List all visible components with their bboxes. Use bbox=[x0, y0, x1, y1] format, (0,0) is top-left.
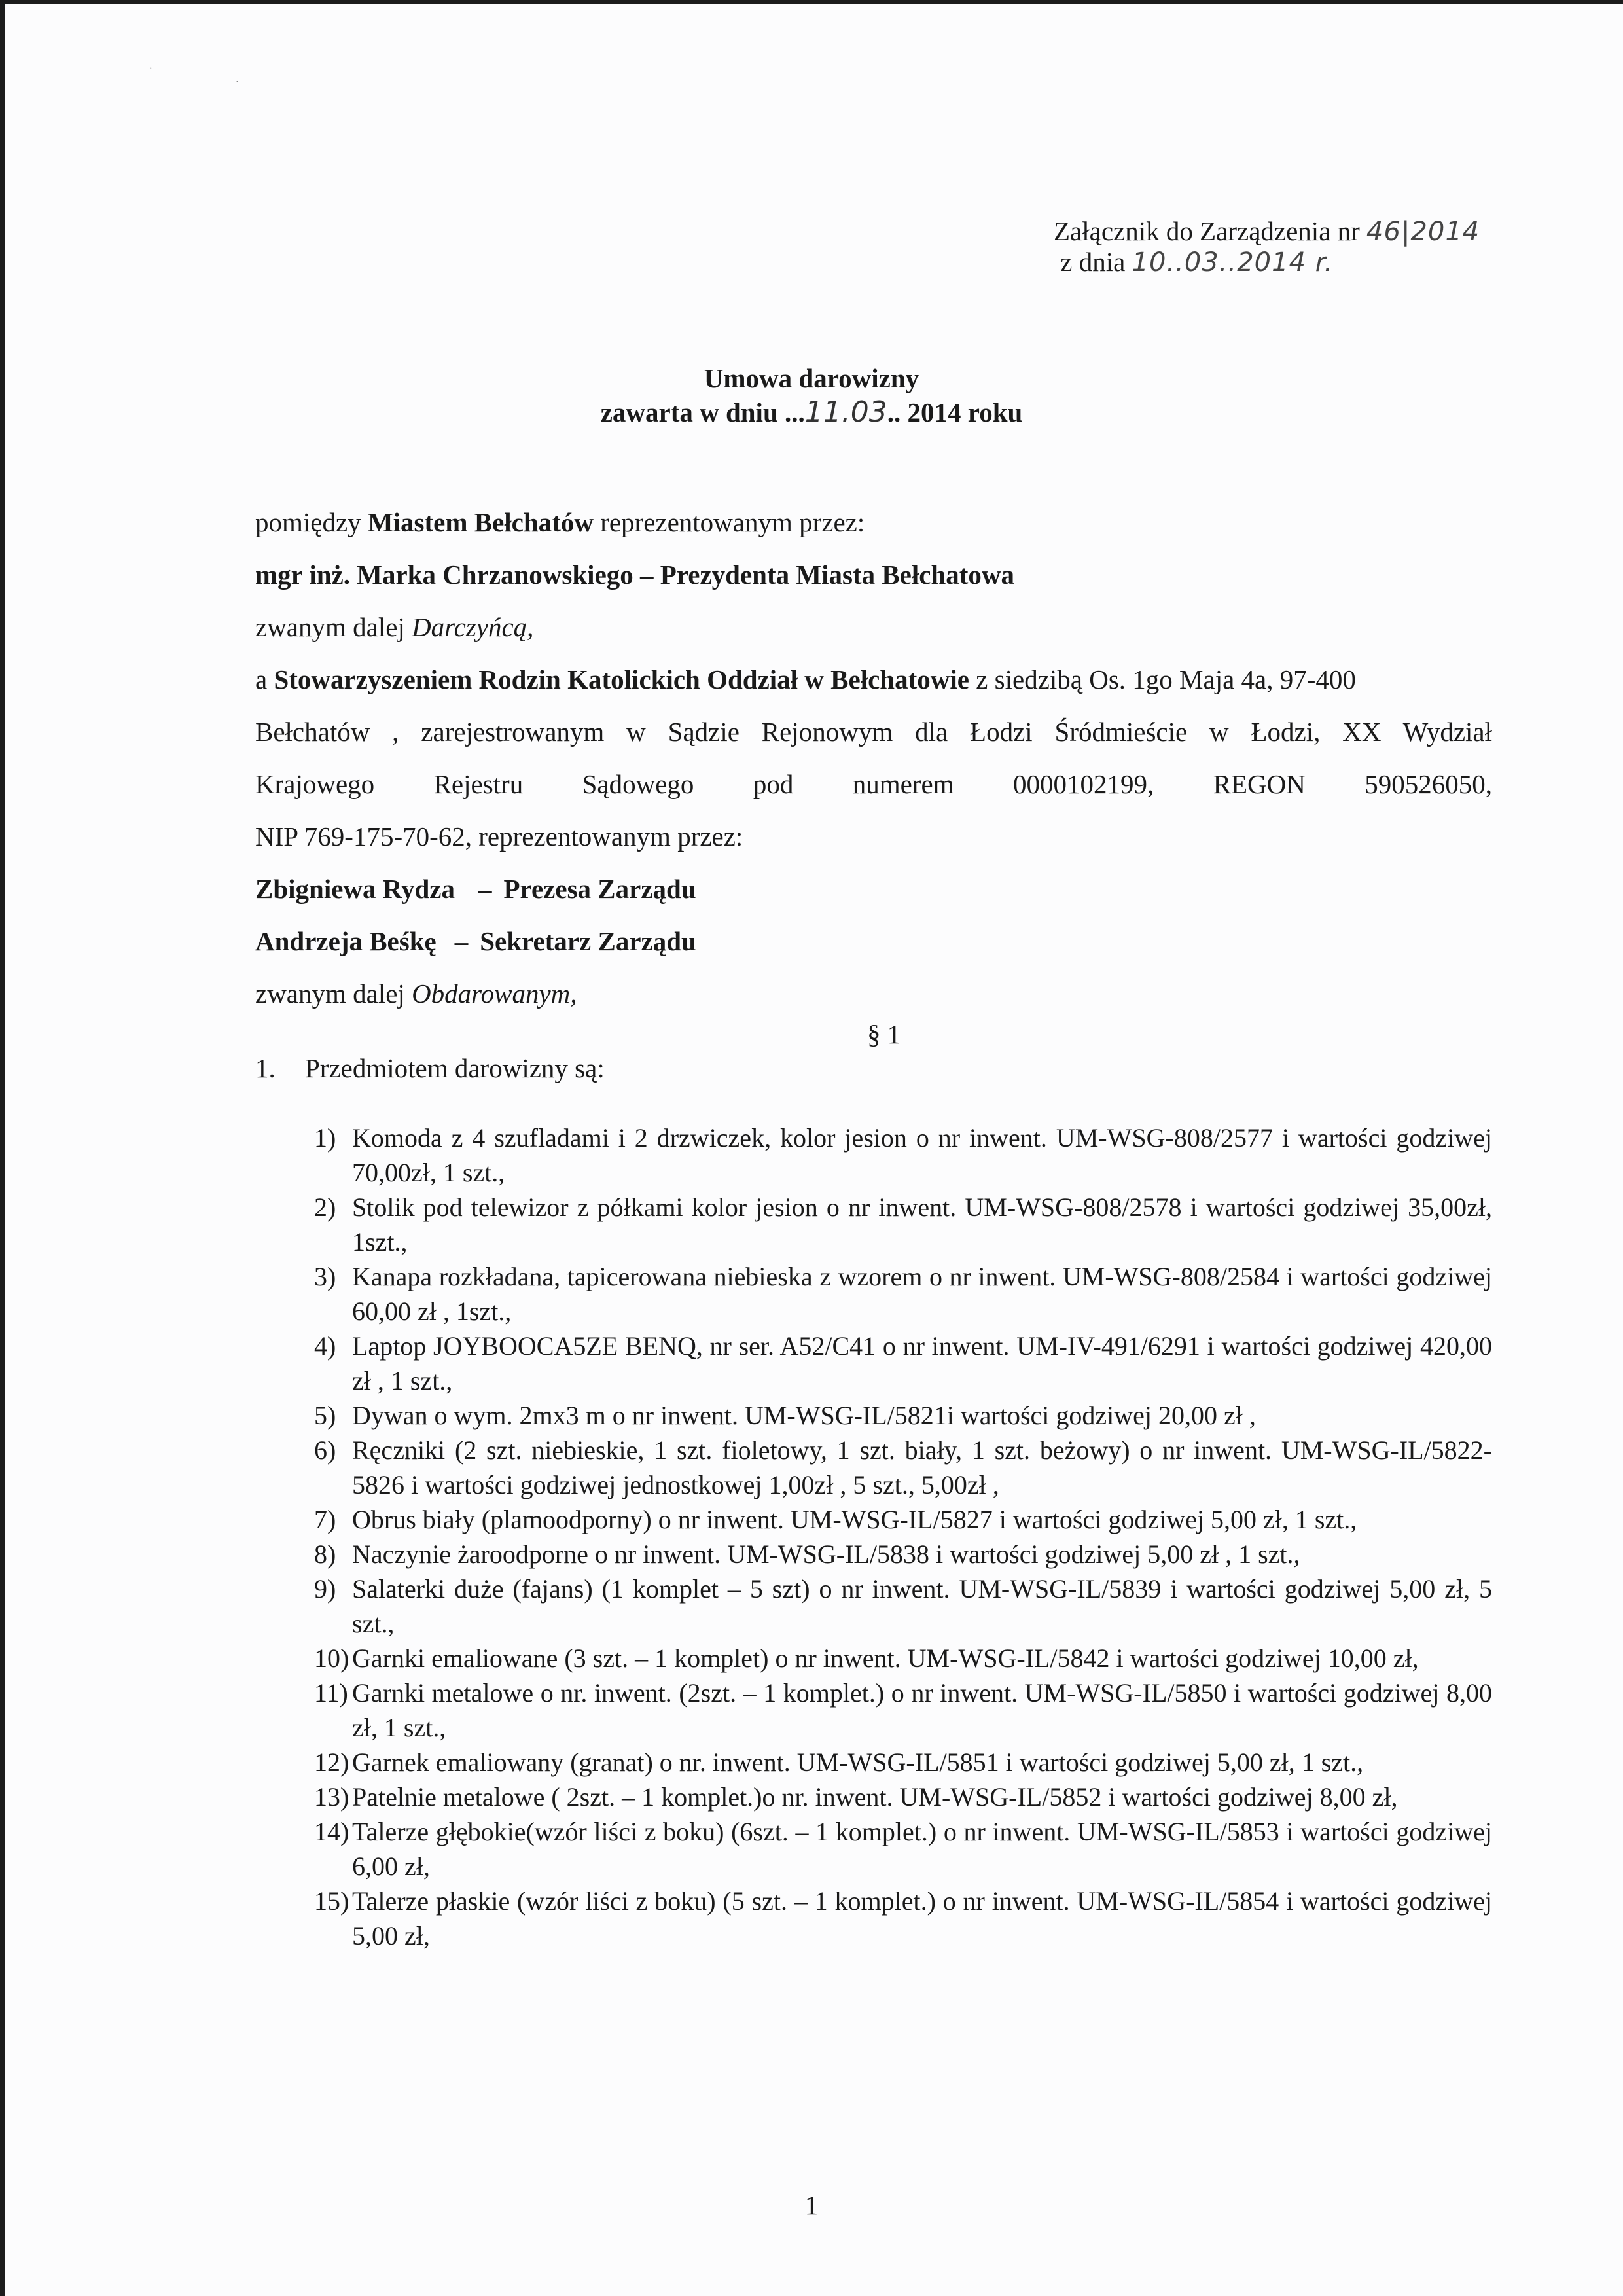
representative-role: Sekretarz Zarządu bbox=[480, 915, 696, 967]
item-number: 13) bbox=[314, 1780, 352, 1814]
item-text: Laptop JOYBOOCA5ZE BENQ, nr ser. A52/C41… bbox=[352, 1329, 1492, 1398]
item-number: 15) bbox=[314, 1884, 352, 1953]
registry-line-2: Krajowego Rejestru Sądowego pod numerem … bbox=[255, 758, 1492, 810]
scan-speck: · bbox=[149, 64, 152, 75]
item-text: Garnek emaliowany (granat) o nr. inwent.… bbox=[352, 1745, 1492, 1780]
date-dots: .. bbox=[887, 397, 901, 427]
association-name: Stowarzyszeniem Rodzin Katolickich Oddzi… bbox=[274, 664, 969, 694]
item-text: Talerze głębokie(wzór liści z boku) (6sz… bbox=[352, 1814, 1492, 1884]
parties-line: pomiędzy Miastem Bełchatów reprezentowan… bbox=[255, 496, 1492, 548]
item-text: Naczynie żaroodporne o nr inwent. UM-WSG… bbox=[352, 1537, 1492, 1571]
item-number: 10) bbox=[314, 1641, 352, 1676]
dash: – bbox=[455, 915, 469, 967]
list-item: 11)Garnki metalowe o nr. inwent. (2szt. … bbox=[314, 1676, 1492, 1745]
representative-name: Andrzeja Beśkę bbox=[255, 915, 437, 967]
association-line: a Stowarzyszeniem Rodzin Katolickich Odd… bbox=[255, 653, 1492, 706]
annex-label: Załącznik do Zarządzenia nr bbox=[1054, 216, 1360, 246]
representative-row: Zbigniewa Rydza–Prezesa Zarządu bbox=[255, 863, 1492, 915]
list-item: 10)Garnki emaliowane (3 szt. – 1 komplet… bbox=[314, 1641, 1492, 1676]
item-text: Patelnie metalowe ( 2szt. – 1 komplet.)o… bbox=[352, 1780, 1492, 1814]
item-number: 7) bbox=[314, 1502, 352, 1537]
item-text: Komoda z 4 szufladami i 2 drzwiczek, kol… bbox=[352, 1121, 1492, 1190]
item-number: 8) bbox=[314, 1537, 352, 1571]
item-number: 6) bbox=[314, 1433, 352, 1502]
title-line-1: Umowa darowizny bbox=[0, 361, 1623, 395]
donor-city: Miastem Bełchatów bbox=[368, 507, 594, 537]
item-text: Ręczniki (2 szt. niebieskie, 1 szt. fiol… bbox=[352, 1433, 1492, 1502]
item-text: Dywan o wym. 2mx3 m o nr inwent. UM-WSG-… bbox=[352, 1398, 1492, 1433]
list-item: 6)Ręczniki (2 szt. niebieskie, 1 szt. fi… bbox=[314, 1433, 1492, 1502]
representative-row: Andrzeja Beśkę–Sekretarz Zarządu bbox=[255, 915, 1492, 967]
donor-term: Darczyńcą, bbox=[412, 612, 533, 642]
representative-name: Zbigniewa Rydza bbox=[255, 863, 455, 915]
association-address: z siedzibą Os. 1go Maja 4a, 97-400 bbox=[976, 664, 1356, 694]
dash: – bbox=[478, 863, 492, 915]
document-title: Umowa darowizny zawarta w dniu ...11.03.… bbox=[0, 361, 1623, 429]
list-item: 15)Talerze płaskie (wzór liści z boku) (… bbox=[314, 1884, 1492, 1953]
list-item: 13)Patelnie metalowe ( 2szt. – 1 komplet… bbox=[314, 1780, 1492, 1814]
item-number: 3) bbox=[314, 1259, 352, 1329]
date-dots: ... bbox=[785, 397, 805, 427]
annex-header: Załącznik do Zarządzenia nr 46|2014 z dn… bbox=[1054, 216, 1480, 278]
item-text: Kanapa rozkładana, tapicerowana niebiesk… bbox=[352, 1259, 1492, 1329]
item-text: Stolik pod telewizor z półkami kolor jes… bbox=[352, 1190, 1492, 1259]
item-number: 2) bbox=[314, 1190, 352, 1259]
donee-term-line: zwanym dalej Obdarowanym, bbox=[255, 967, 1492, 1020]
text: a bbox=[255, 664, 267, 694]
title-line-2: zawarta w dniu ...11.03.. 2014 roku bbox=[0, 395, 1623, 429]
list-item: 7)Obrus biały (plamoodporny) o nr inwent… bbox=[314, 1502, 1492, 1537]
item-number: 14) bbox=[314, 1814, 352, 1884]
scan-border bbox=[0, 0, 5, 2296]
item-number: 9) bbox=[314, 1571, 352, 1641]
donee-term: Obdarowanym, bbox=[412, 978, 577, 1009]
page-number: 1 bbox=[0, 2189, 1623, 2221]
section-heading: § 1 bbox=[867, 1018, 901, 1050]
list-item: 9)Salaterki duże (fajans) (1 komplet – 5… bbox=[314, 1571, 1492, 1641]
donor-term-line: zwanym dalej Darczyńcą, bbox=[255, 601, 1492, 653]
handwritten-order-date: 10..03..2014 r. bbox=[1132, 247, 1334, 278]
text: zwanym dalej bbox=[255, 612, 405, 642]
list-item: 4)Laptop JOYBOOCA5ZE BENQ, nr ser. A52/C… bbox=[314, 1329, 1492, 1398]
text: zwanym dalej bbox=[255, 978, 405, 1009]
list-item: 3)Kanapa rozkładana, tapicerowana niebie… bbox=[314, 1259, 1492, 1329]
item-text: Garnki emaliowane (3 szt. – 1 komplet) o… bbox=[352, 1641, 1492, 1676]
list-item: 1)Komoda z 4 szufladami i 2 drzwiczek, k… bbox=[314, 1121, 1492, 1190]
section-point: 1.Przedmiotem darowizny są: bbox=[255, 1052, 605, 1084]
list-item: 8)Naczynie żaroodporne o nr inwent. UM-W… bbox=[314, 1537, 1492, 1571]
point-text: Przedmiotem darowizny są: bbox=[305, 1053, 605, 1083]
item-number: 5) bbox=[314, 1398, 352, 1433]
item-text: Salaterki duże (fajans) (1 komplet – 5 s… bbox=[352, 1571, 1492, 1641]
donation-items-list: 1)Komoda z 4 szufladami i 2 drzwiczek, k… bbox=[314, 1121, 1492, 1953]
list-item: 5)Dywan o wym. 2mx3 m o nr inwent. UM-WS… bbox=[314, 1398, 1492, 1433]
representative-role: Prezesa Zarządu bbox=[503, 863, 696, 915]
registry-line-3: NIP 769-175-70-62, reprezentowanym przez… bbox=[255, 810, 1492, 863]
point-number: 1. bbox=[255, 1052, 305, 1084]
item-text: Garnki metalowe o nr. inwent. (2szt. – 1… bbox=[352, 1676, 1492, 1745]
list-item: 2)Stolik pod telewizor z półkami kolor j… bbox=[314, 1190, 1492, 1259]
item-number: 4) bbox=[314, 1329, 352, 1398]
scan-speck: · bbox=[236, 77, 239, 88]
item-text: Obrus biały (plamoodporny) o nr inwent. … bbox=[352, 1502, 1492, 1537]
item-number: 12) bbox=[314, 1745, 352, 1780]
mayor-line: mgr inż. Marka Chrzanowskiego – Prezyden… bbox=[255, 548, 1492, 601]
item-text: Talerze płaskie (wzór liści z boku) (5 s… bbox=[352, 1884, 1492, 1953]
title-date-prefix: zawarta w dniu bbox=[601, 397, 778, 427]
mayor-name: mgr inż. Marka Chrzanowskiego – Prezyden… bbox=[255, 560, 1014, 590]
list-item: 14)Talerze głębokie(wzór liści z boku) (… bbox=[314, 1814, 1492, 1884]
list-item: 12)Garnek emaliowany (granat) o nr. inwe… bbox=[314, 1745, 1492, 1780]
annex-date-label: z dnia bbox=[1060, 247, 1125, 277]
item-number: 1) bbox=[314, 1121, 352, 1190]
handwritten-contract-date: 11.03 bbox=[805, 395, 887, 429]
registry-line-1: Bełchatów , zarejestrowanym w Sądzie Rej… bbox=[255, 706, 1492, 758]
parties-section: pomiędzy Miastem Bełchatów reprezentowan… bbox=[255, 496, 1492, 1020]
scan-border bbox=[0, 0, 1623, 4]
annex-line-1: Załącznik do Zarządzenia nr 46|2014 bbox=[1054, 216, 1480, 247]
handwritten-order-number: 46|2014 bbox=[1366, 217, 1480, 247]
annex-line-2: z dnia 10..03..2014 r. bbox=[1054, 247, 1480, 278]
item-number: 11) bbox=[314, 1676, 352, 1745]
text: pomiędzy bbox=[255, 507, 361, 537]
text: reprezentowanym przez: bbox=[600, 507, 865, 537]
title-date-suffix: 2014 roku bbox=[907, 397, 1022, 427]
